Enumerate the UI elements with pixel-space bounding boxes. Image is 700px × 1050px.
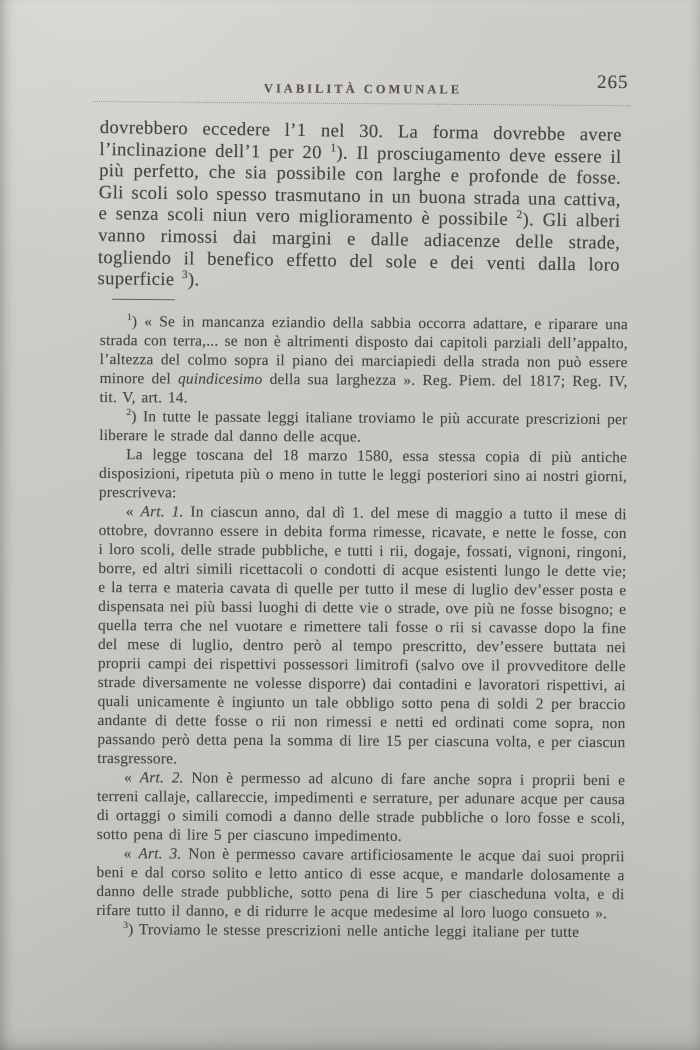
body-paragraph: dovrebbero eccedere l’1 nel 30. La forma… (97, 117, 622, 297)
page-number: 265 (596, 72, 628, 94)
footnote-paragraph: « Art. 3. Non è permesso cavare artifici… (96, 844, 624, 923)
footnote-paragraph: 3) Troviamo le stesse prescrizioni nelle… (96, 920, 624, 942)
footnote-paragraph: 1) « Se in mancanza eziandio della sabbi… (99, 312, 628, 410)
page-header: VIABILITÀ COMUNALE 265 (95, 0, 630, 104)
book-page: VIABILITÀ COMUNALE 265 dovrebbero eccede… (0, 0, 700, 1050)
footnote-paragraph: « Art. 1. In ciascun anno, dal dì 1. del… (97, 502, 627, 771)
footnotes-section: 1) « Se in mancanza eziandio della sabbi… (96, 312, 628, 942)
footnote-paragraph: 2) In tutte le passate leggi italiane tr… (99, 407, 627, 448)
footnote-paragraph: « Art. 2. Non è permesso ad alcuno di fa… (97, 768, 625, 847)
footnote-paragraph: La legge toscana del 18 marzo 1580, essa… (99, 445, 627, 505)
footnote-separator (112, 299, 175, 300)
running-title: VIABILITÀ COMUNALE (263, 81, 461, 97)
